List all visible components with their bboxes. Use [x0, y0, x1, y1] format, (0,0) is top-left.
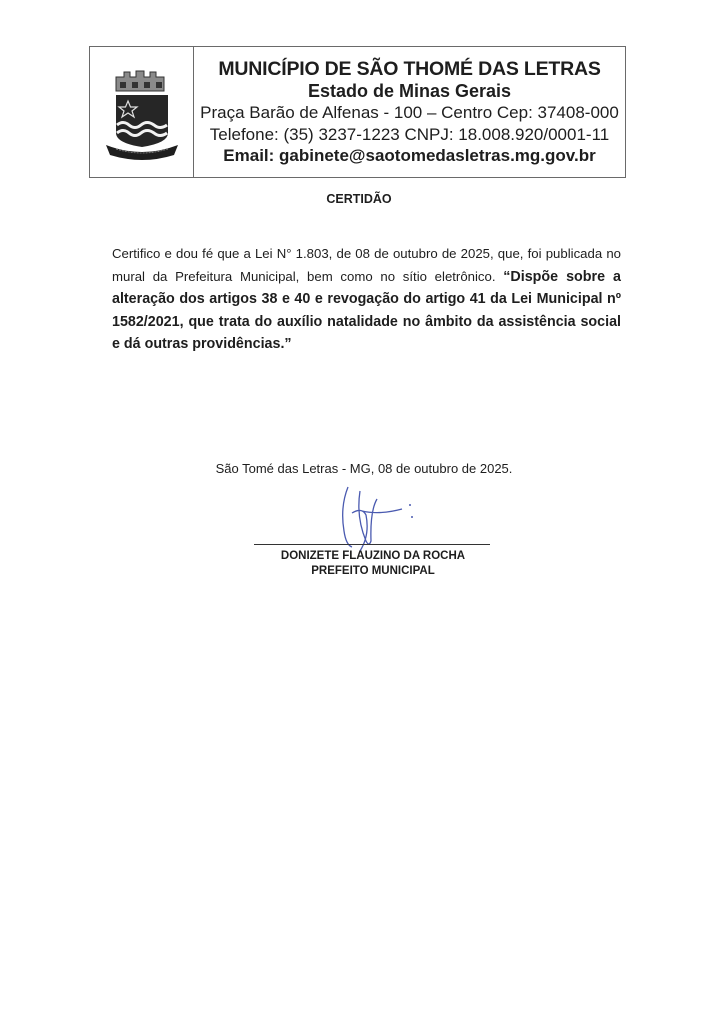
document-title: CERTIDÃO	[0, 192, 718, 206]
phone-cnpj: Telefone: (35) 3237-1223 CNPJ: 18.008.92…	[194, 124, 625, 146]
signer-role: PREFEITO MUNICIPAL	[28, 564, 718, 579]
signature-icon	[338, 483, 428, 553]
address: Praça Barão de Alfenas - 100 – Centro Ce…	[194, 102, 625, 124]
certificate-body: Certifico e dou fé que a Lei N° 1.803, d…	[112, 243, 621, 356]
state-name: Estado de Minas Gerais	[194, 81, 625, 103]
letterhead-text: MUNICÍPIO DE SÃO THOMÉ DAS LETRAS Estado…	[194, 47, 625, 177]
signer-block: DONIZETE FLAUZINO DA ROCHA PREFEITO MUNI…	[0, 549, 718, 579]
logo-cell	[90, 47, 194, 177]
letterhead: MUNICÍPIO DE SÃO THOMÉ DAS LETRAS Estado…	[89, 46, 626, 178]
coat-of-arms-icon	[104, 67, 180, 163]
email: Email: gabinete@saotomedasletras.mg.gov.…	[194, 145, 625, 167]
place-date: São Tomé das Letras - MG, 08 de outubro …	[0, 461, 718, 476]
signer-name: DONIZETE FLAUZINO DA ROCHA	[28, 549, 718, 564]
municipality-title: MUNICÍPIO DE SÃO THOMÉ DAS LETRAS	[194, 59, 625, 81]
signature-line	[254, 544, 490, 545]
